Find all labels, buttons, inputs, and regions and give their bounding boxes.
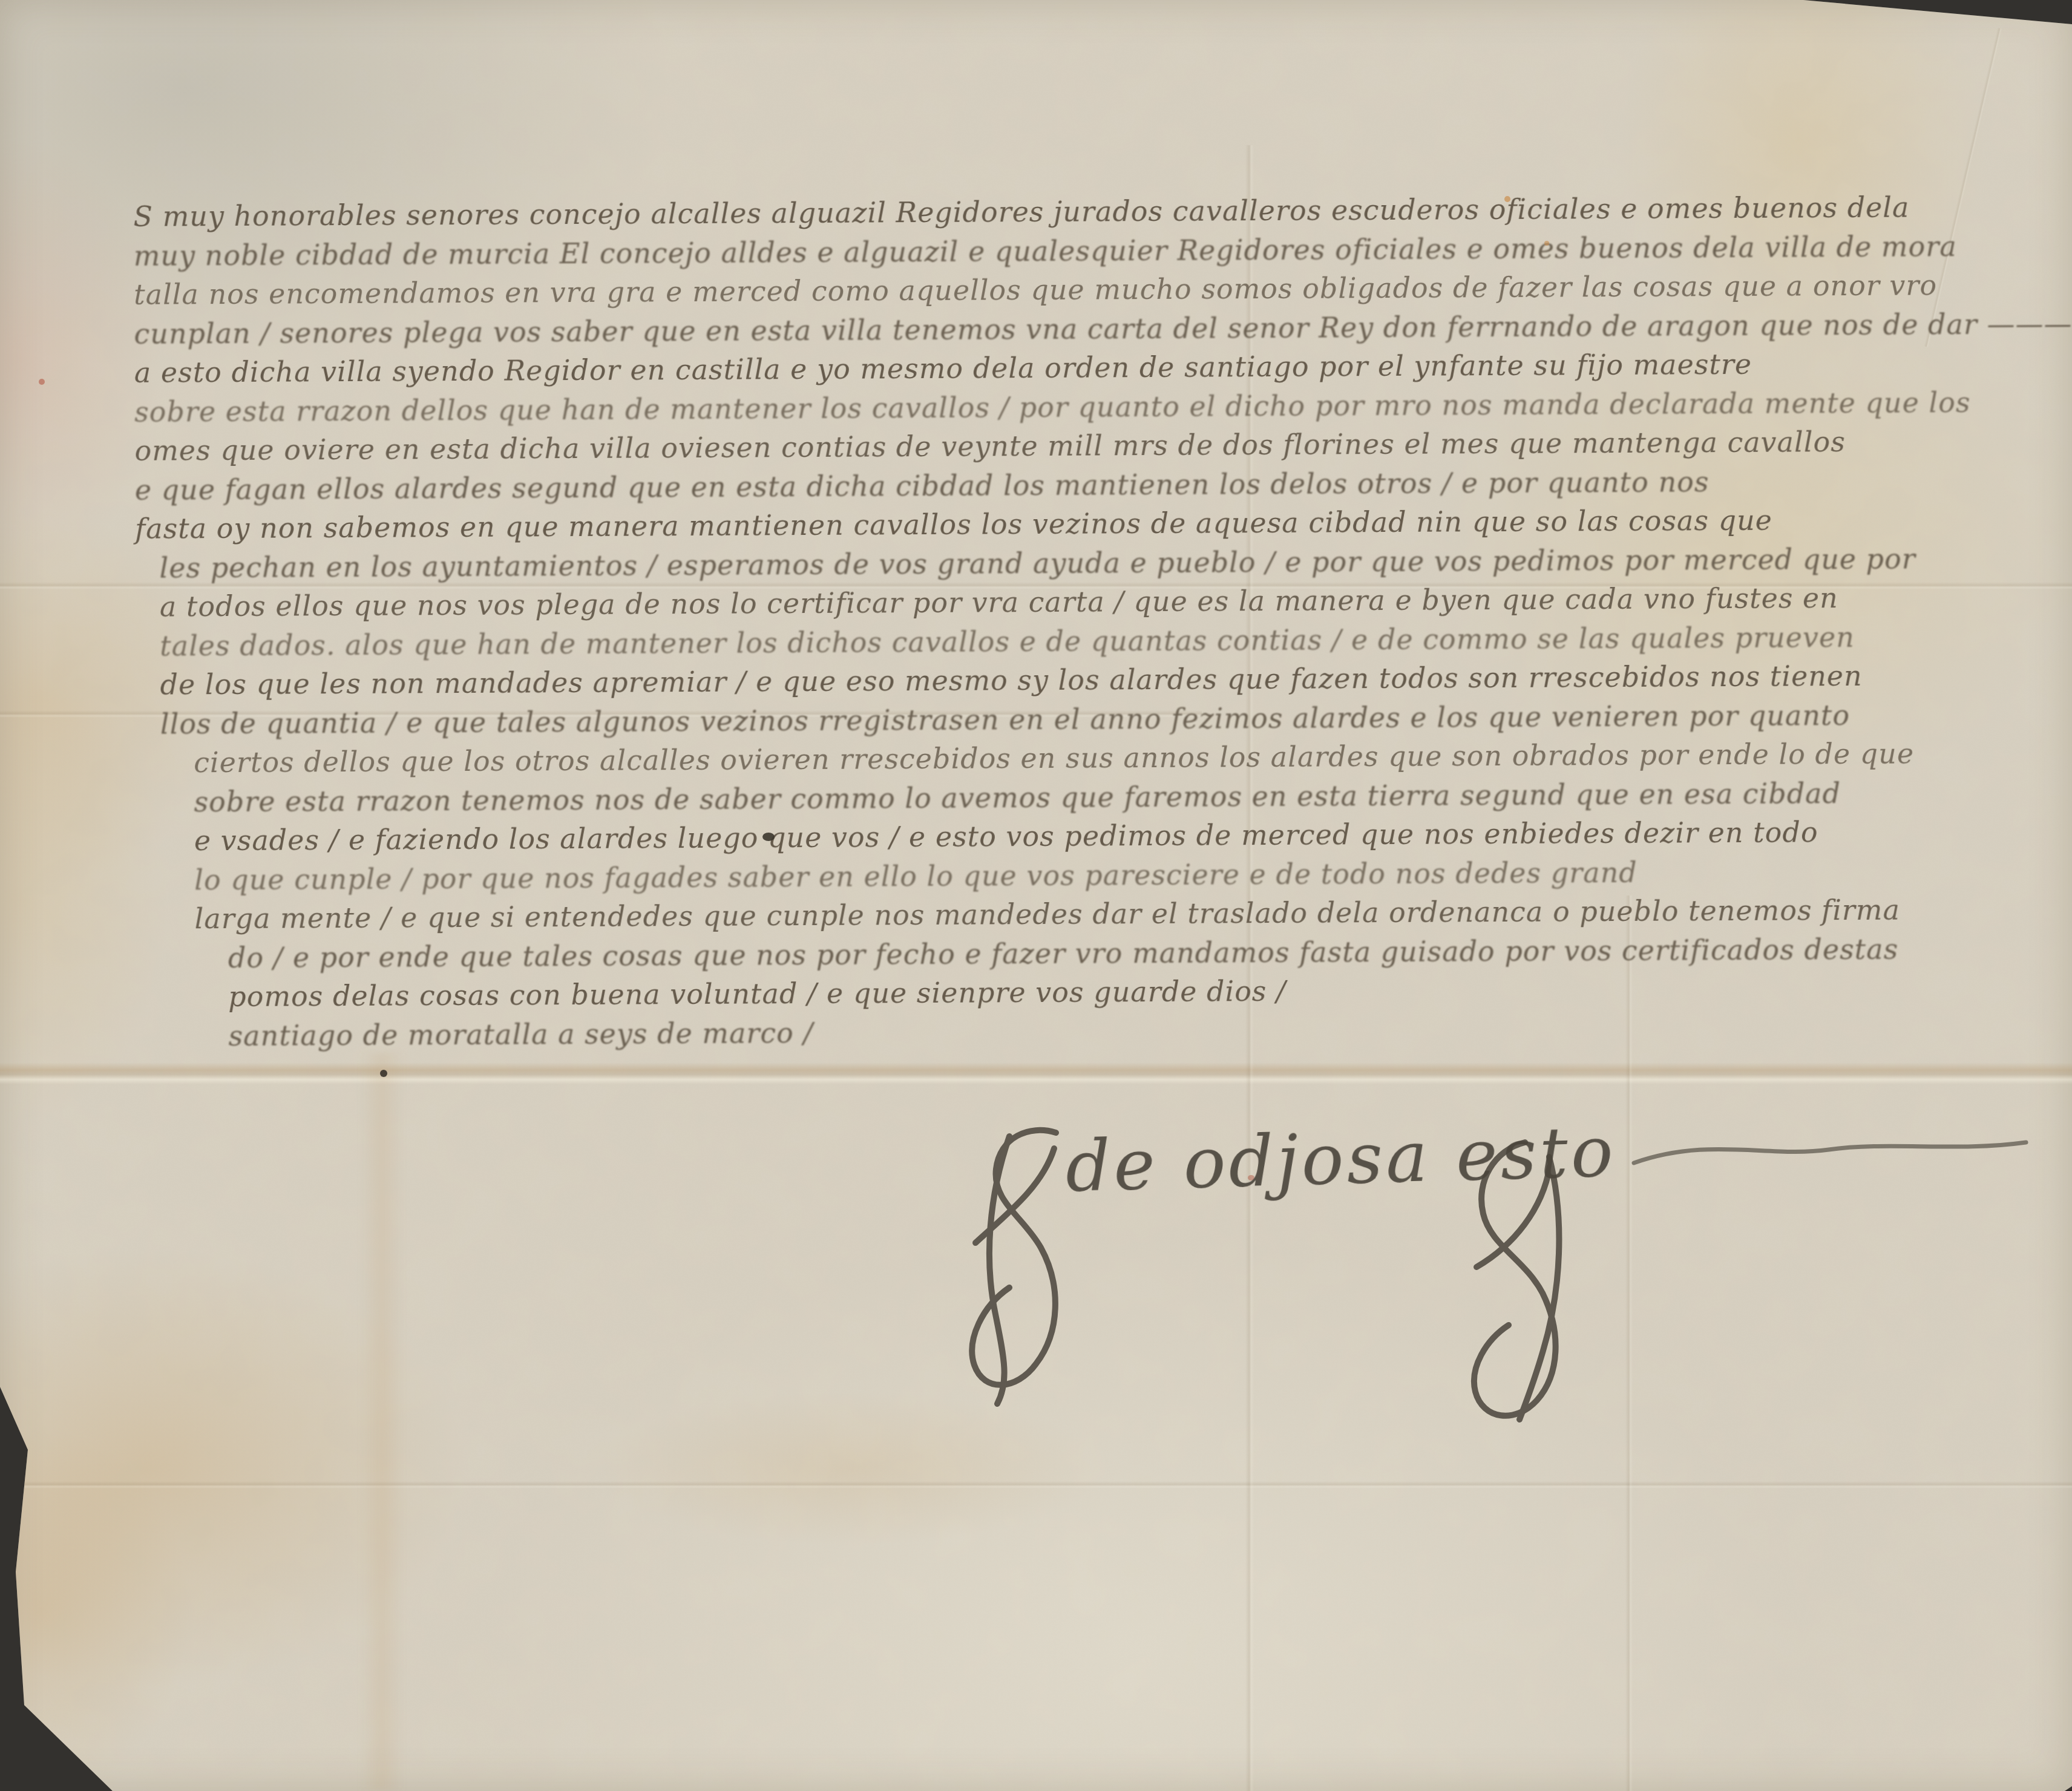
manuscript-sheet: S muy honorables senores concejo alcalle… (0, 0, 2072, 1791)
signature-block: de odjosa esto (0, 0, 2072, 1791)
left-rubric-flourish (972, 1130, 1056, 1404)
scan-backing: S muy honorables senores concejo alcalle… (0, 0, 2072, 1791)
signature-tail-flourish (1634, 1142, 2026, 1163)
signature-center-text: de odjosa esto (1064, 1111, 1617, 1208)
